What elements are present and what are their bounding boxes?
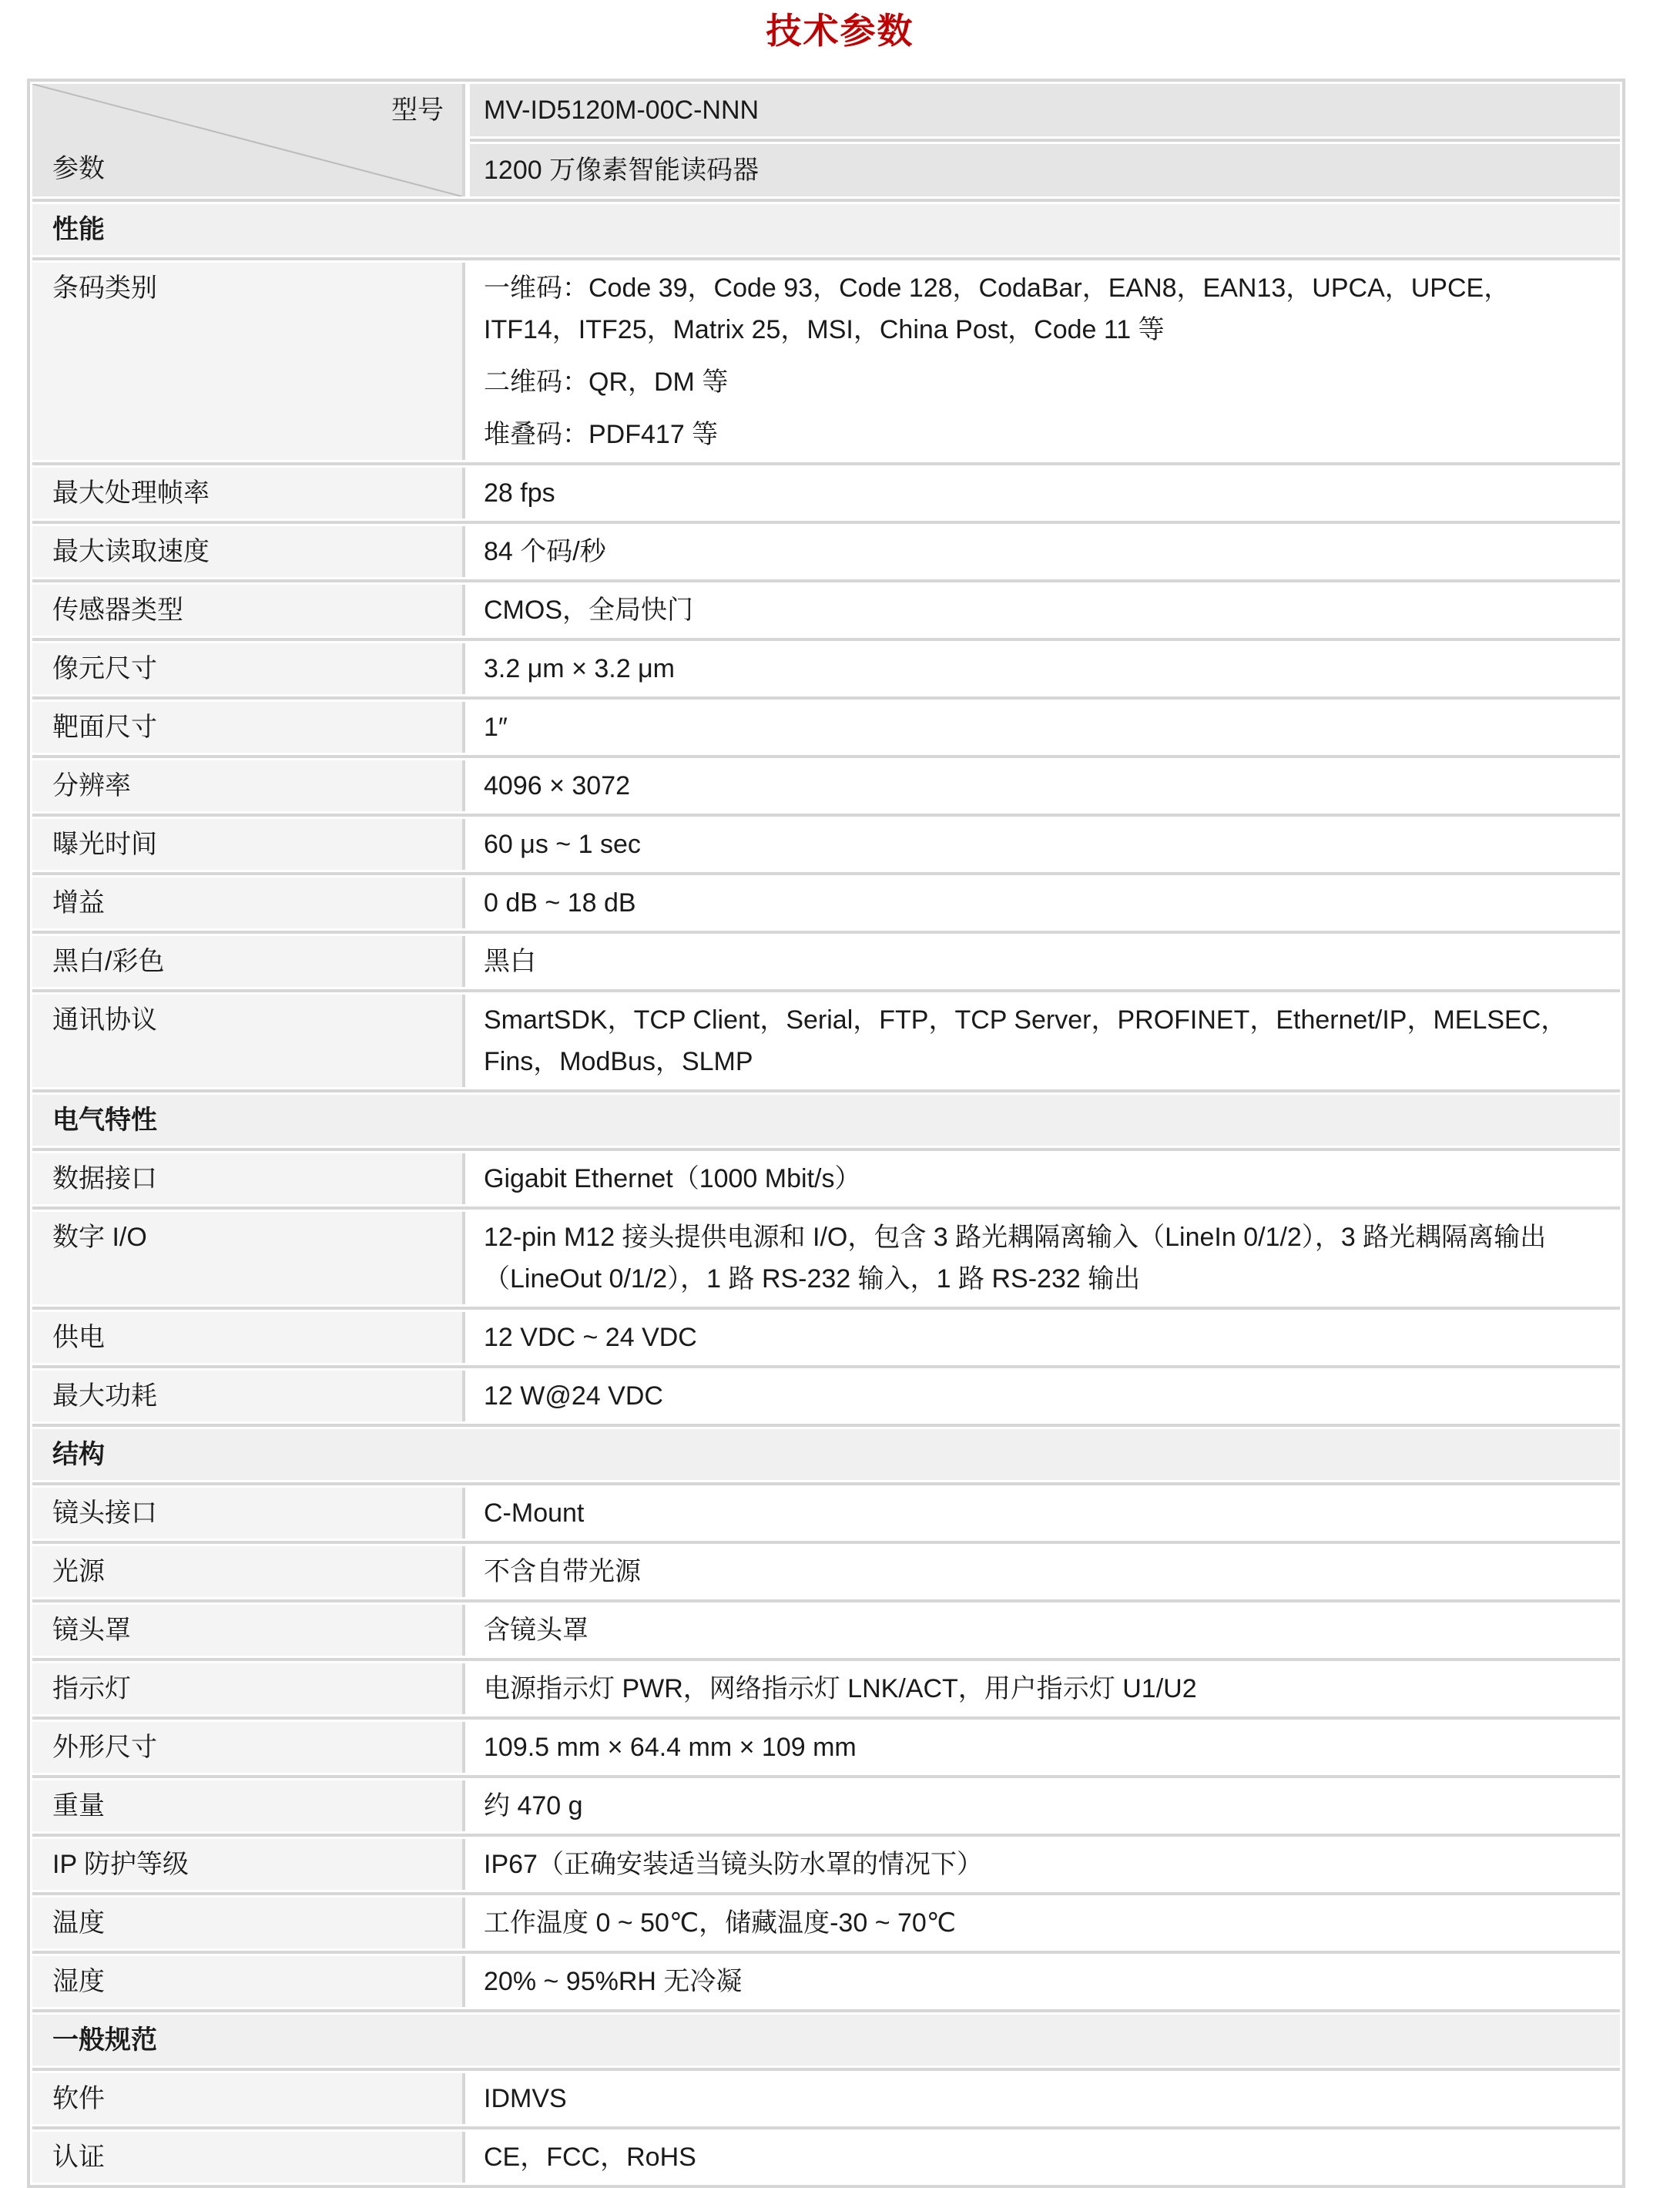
spec-row: 光源 不含自带光源: [32, 1546, 1620, 1597]
row-divider: [32, 755, 1620, 758]
page-title: 技术参数: [0, 6, 1680, 55]
spec-table: 型号 参数 MV-ID5120M-00C-NNN 1200 万像素智能读码器 性…: [27, 79, 1625, 2188]
section-header-row: 结构: [32, 1429, 1620, 1480]
spec-value: 一维码：Code 39，Code 93，Code 128，CodaBar，EAN…: [470, 263, 1620, 460]
spec-label: 像元尺寸: [32, 643, 465, 694]
spec-value-line: 电源指示灯 PWR，网络指示灯 LNK/ACT，用户指示灯 U1/U2: [484, 1668, 1592, 1710]
spec-label: 认证: [32, 2132, 465, 2183]
spec-label: 条码类别: [32, 263, 465, 460]
spec-row: 增益 0 dB ~ 18 dB: [32, 878, 1620, 928]
spec-row: 黑白/彩色 黑白: [32, 936, 1620, 987]
row-divider: [32, 521, 1620, 524]
spec-label: 光源: [32, 1546, 465, 1597]
spec-value-line: 二维码：QR，DM 等: [484, 361, 1592, 403]
row-divider: [32, 872, 1620, 875]
row-divider: [32, 257, 1620, 260]
spec-label: 外形尺寸: [32, 1722, 465, 1773]
spec-value-line: 一维码：Code 39，Code 93，Code 128，CodaBar，EAN…: [484, 267, 1592, 351]
spec-label: 镜头罩: [32, 1605, 465, 1656]
spec-value-line: 20% ~ 95%RH 无冷凝: [484, 1961, 1592, 2002]
row-divider: [32, 2068, 1620, 2071]
spec-row: 外形尺寸 109.5 mm × 64.4 mm × 109 mm: [32, 1722, 1620, 1773]
spec-row: 供电 12 VDC ~ 24 VDC: [32, 1312, 1620, 1363]
section-header-row: 电气特性: [32, 1095, 1620, 1146]
spec-value-line: Gigabit Ethernet（1000 Mbit/s）: [484, 1158, 1592, 1200]
row-divider: [470, 139, 1620, 142]
row-divider: [32, 1775, 1620, 1778]
row-divider: [32, 638, 1620, 641]
row-divider: [32, 1541, 1620, 1544]
spec-label: 镜头接口: [32, 1488, 465, 1539]
row-divider: [32, 1307, 1620, 1310]
spec-value-line: 1″: [484, 706, 1592, 748]
spec-row: 最大读取速度 84 个码/秒: [32, 526, 1620, 577]
spec-value: 工作温度 0 ~ 50℃，储藏温度-30 ~ 70℃: [470, 1898, 1620, 1948]
row-divider: [32, 1599, 1620, 1602]
spec-label: 增益: [32, 878, 465, 928]
spec-value-line: 60 μs ~ 1 sec: [484, 824, 1592, 865]
row-divider: [32, 1365, 1620, 1368]
spec-label: 数字 I/O: [32, 1212, 465, 1304]
spec-label: 通讯协议: [32, 995, 465, 1087]
spec-value: Gigabit Ethernet（1000 Mbit/s）: [470, 1153, 1620, 1204]
spec-label: 重量: [32, 1780, 465, 1831]
spec-row: 最大功耗 12 W@24 VDC: [32, 1371, 1620, 1421]
spec-row: 传感器类型 CMOS，全局快门: [32, 585, 1620, 636]
spec-value-line: 4096 × 3072: [484, 765, 1592, 807]
spec-row: 通讯协议 SmartSDK，TCP Client，Serial，FTP，TCP …: [32, 995, 1620, 1087]
row-divider: [32, 579, 1620, 582]
spec-value-line: 28 fps: [484, 472, 1592, 514]
spec-value-line: 堆叠码：PDF417 等: [484, 414, 1592, 455]
row-divider: [32, 2009, 1620, 2012]
spec-value: 60 μs ~ 1 sec: [470, 819, 1620, 870]
spec-value-line: 12-pin M12 接头提供电源和 I/O，包含 3 路光耦隔离输入（Line…: [484, 1216, 1592, 1300]
spec-row: 重量 约 470 g: [32, 1780, 1620, 1831]
spec-value: 28 fps: [470, 468, 1620, 518]
spec-value: 12 W@24 VDC: [470, 1371, 1620, 1421]
spec-value: 12 VDC ~ 24 VDC: [470, 1312, 1620, 1363]
spec-value-line: 约 470 g: [484, 1785, 1592, 1827]
spec-value-line: 0 dB ~ 18 dB: [484, 882, 1592, 924]
spec-value: CE，FCC，RoHS: [470, 2132, 1620, 2183]
header-model-value: MV-ID5120M-00C-NNN: [470, 84, 1620, 136]
spec-value-line: 12 VDC ~ 24 VDC: [484, 1317, 1592, 1358]
header-param-label: 参数: [52, 150, 105, 187]
spec-row: 温度 工作温度 0 ~ 50℃，储藏温度-30 ~ 70℃: [32, 1898, 1620, 1948]
spec-row: 靶面尺寸 1″: [32, 702, 1620, 753]
spec-row: IP 防护等级 IP67（正确安装适当镜头防水罩的情况下）: [32, 1839, 1620, 1890]
spec-label: 传感器类型: [32, 585, 465, 636]
spec-row: 数字 I/O 12-pin M12 接头提供电源和 I/O，包含 3 路光耦隔离…: [32, 1212, 1620, 1304]
spec-value-line: 109.5 mm × 64.4 mm × 109 mm: [484, 1727, 1592, 1768]
header-model-label: 型号: [391, 92, 444, 129]
spec-row: 像元尺寸 3.2 μm × 3.2 μm: [32, 643, 1620, 694]
row-divider: [32, 2126, 1620, 2129]
spec-row: 最大处理帧率 28 fps: [32, 468, 1620, 518]
spec-value: 1″: [470, 702, 1620, 753]
spec-value: 3.2 μm × 3.2 μm: [470, 643, 1620, 694]
spec-value: IP67（正确安装适当镜头防水罩的情况下）: [470, 1839, 1620, 1890]
spec-label: 指示灯: [32, 1663, 465, 1714]
spec-value: 4096 × 3072: [470, 760, 1620, 811]
row-divider: [32, 696, 1620, 700]
section-title: 一般规范: [52, 2025, 157, 2055]
spec-label: 靶面尺寸: [32, 702, 465, 753]
spec-value-line: 含镜头罩: [484, 1609, 1592, 1651]
section-title: 电气特性: [52, 1106, 157, 1135]
row-divider: [32, 1089, 1620, 1092]
row-divider: [32, 1206, 1620, 1210]
spec-row: 分辨率 4096 × 3072: [32, 760, 1620, 811]
spec-value-line: IP67（正确安装适当镜头防水罩的情况下）: [484, 1844, 1592, 1885]
spec-value: 109.5 mm × 64.4 mm × 109 mm: [470, 1722, 1620, 1773]
row-divider: [32, 1658, 1620, 1661]
spec-row: 镜头罩 含镜头罩: [32, 1605, 1620, 1656]
spec-label: 最大读取速度: [32, 526, 465, 577]
spec-label: 温度: [32, 1898, 465, 1948]
spec-label: 分辨率: [32, 760, 465, 811]
spec-value-line: CMOS，全局快门: [484, 589, 1592, 631]
row-divider: [32, 1834, 1620, 1837]
spec-row: 软件 IDMVS: [32, 2073, 1620, 2124]
row-divider: [32, 1424, 1620, 1427]
header-product-desc: 1200 万像素智能读码器: [470, 144, 1620, 196]
spec-value-line: 工作温度 0 ~ 50℃，储藏温度-30 ~ 70℃: [484, 1902, 1592, 1944]
spec-label: 黑白/彩色: [32, 936, 465, 987]
spec-label: IP 防护等级: [32, 1839, 465, 1890]
row-divider: [32, 462, 1620, 465]
section-header-row: 一般规范: [32, 2015, 1620, 2066]
spec-value: 不含自带光源: [470, 1546, 1620, 1597]
section-header-row: 性能: [32, 204, 1620, 255]
spec-page: 技术参数 型号 参数 MV-ID5120M-00C-NNN 1200 万像素智能…: [0, 0, 1680, 2188]
spec-row: 指示灯 电源指示灯 PWR，网络指示灯 LNK/ACT，用户指示灯 U1/U2: [32, 1663, 1620, 1714]
spec-value: 含镜头罩: [470, 1605, 1620, 1656]
row-divider: [32, 931, 1620, 934]
table-body: 性能 条码类别 一维码：Code 39，Code 93，Code 128，Cod…: [32, 199, 1620, 2183]
row-divider: [32, 1482, 1620, 1485]
spec-value-line: 3.2 μm × 3.2 μm: [484, 648, 1592, 690]
spec-value-line: IDMVS: [484, 2078, 1592, 2119]
spec-label: 最大功耗: [32, 1371, 465, 1421]
spec-row: 认证 CE，FCC，RoHS: [32, 2132, 1620, 2183]
spec-value-line: CE，FCC，RoHS: [484, 2136, 1592, 2178]
spec-row: 数据接口 Gigabit Ethernet（1000 Mbit/s）: [32, 1153, 1620, 1204]
spec-label: 曝光时间: [32, 819, 465, 870]
row-divider: [32, 1951, 1620, 1954]
spec-value-line: 不含自带光源: [484, 1551, 1592, 1592]
spec-label: 数据接口: [32, 1153, 465, 1204]
spec-value: C-Mount: [470, 1488, 1620, 1539]
spec-row: 条码类别 一维码：Code 39，Code 93，Code 128，CodaBa…: [32, 263, 1620, 460]
spec-value-line: 84 个码/秒: [484, 531, 1592, 572]
spec-value: 0 dB ~ 18 dB: [470, 878, 1620, 928]
spec-value: IDMVS: [470, 2073, 1620, 2124]
spec-label: 供电: [32, 1312, 465, 1363]
spec-value: 20% ~ 95%RH 无冷凝: [470, 1956, 1620, 2007]
spec-value: 12-pin M12 接头提供电源和 I/O，包含 3 路光耦隔离输入（Line…: [470, 1212, 1620, 1304]
row-divider: [32, 1892, 1620, 1895]
spec-value-line: C-Mount: [484, 1492, 1592, 1534]
row-divider: [32, 1717, 1620, 1720]
spec-value: CMOS，全局快门: [470, 585, 1620, 636]
header-value-column: MV-ID5120M-00C-NNN 1200 万像素智能读码器: [470, 84, 1620, 196]
row-divider: [32, 199, 1620, 202]
spec-value-line: SmartSDK，TCP Client，Serial，FTP，TCP Serve…: [484, 999, 1592, 1082]
table-header-row: 型号 参数 MV-ID5120M-00C-NNN 1200 万像素智能读码器: [32, 84, 1620, 196]
spec-label: 软件: [32, 2073, 465, 2124]
row-divider: [32, 814, 1620, 817]
spec-label: 湿度: [32, 1956, 465, 2007]
spec-value-line: 黑白: [484, 941, 1592, 982]
spec-value: 电源指示灯 PWR，网络指示灯 LNK/ACT，用户指示灯 U1/U2: [470, 1663, 1620, 1714]
spec-value: 约 470 g: [470, 1780, 1620, 1831]
spec-row: 湿度 20% ~ 95%RH 无冷凝: [32, 1956, 1620, 2007]
spec-row: 曝光时间 60 μs ~ 1 sec: [32, 819, 1620, 870]
spec-value-line: 12 W@24 VDC: [484, 1375, 1592, 1417]
spec-label: 最大处理帧率: [32, 468, 465, 518]
spec-value: SmartSDK，TCP Client，Serial，FTP，TCP Serve…: [470, 995, 1620, 1087]
spec-row: 镜头接口 C-Mount: [32, 1488, 1620, 1539]
spec-value: 黑白: [470, 936, 1620, 987]
row-divider: [32, 1148, 1620, 1151]
section-title: 结构: [52, 1440, 105, 1469]
row-divider: [32, 989, 1620, 992]
header-diagonal-cell: 型号 参数: [32, 84, 465, 196]
section-title: 性能: [52, 215, 105, 244]
spec-value: 84 个码/秒: [470, 526, 1620, 577]
